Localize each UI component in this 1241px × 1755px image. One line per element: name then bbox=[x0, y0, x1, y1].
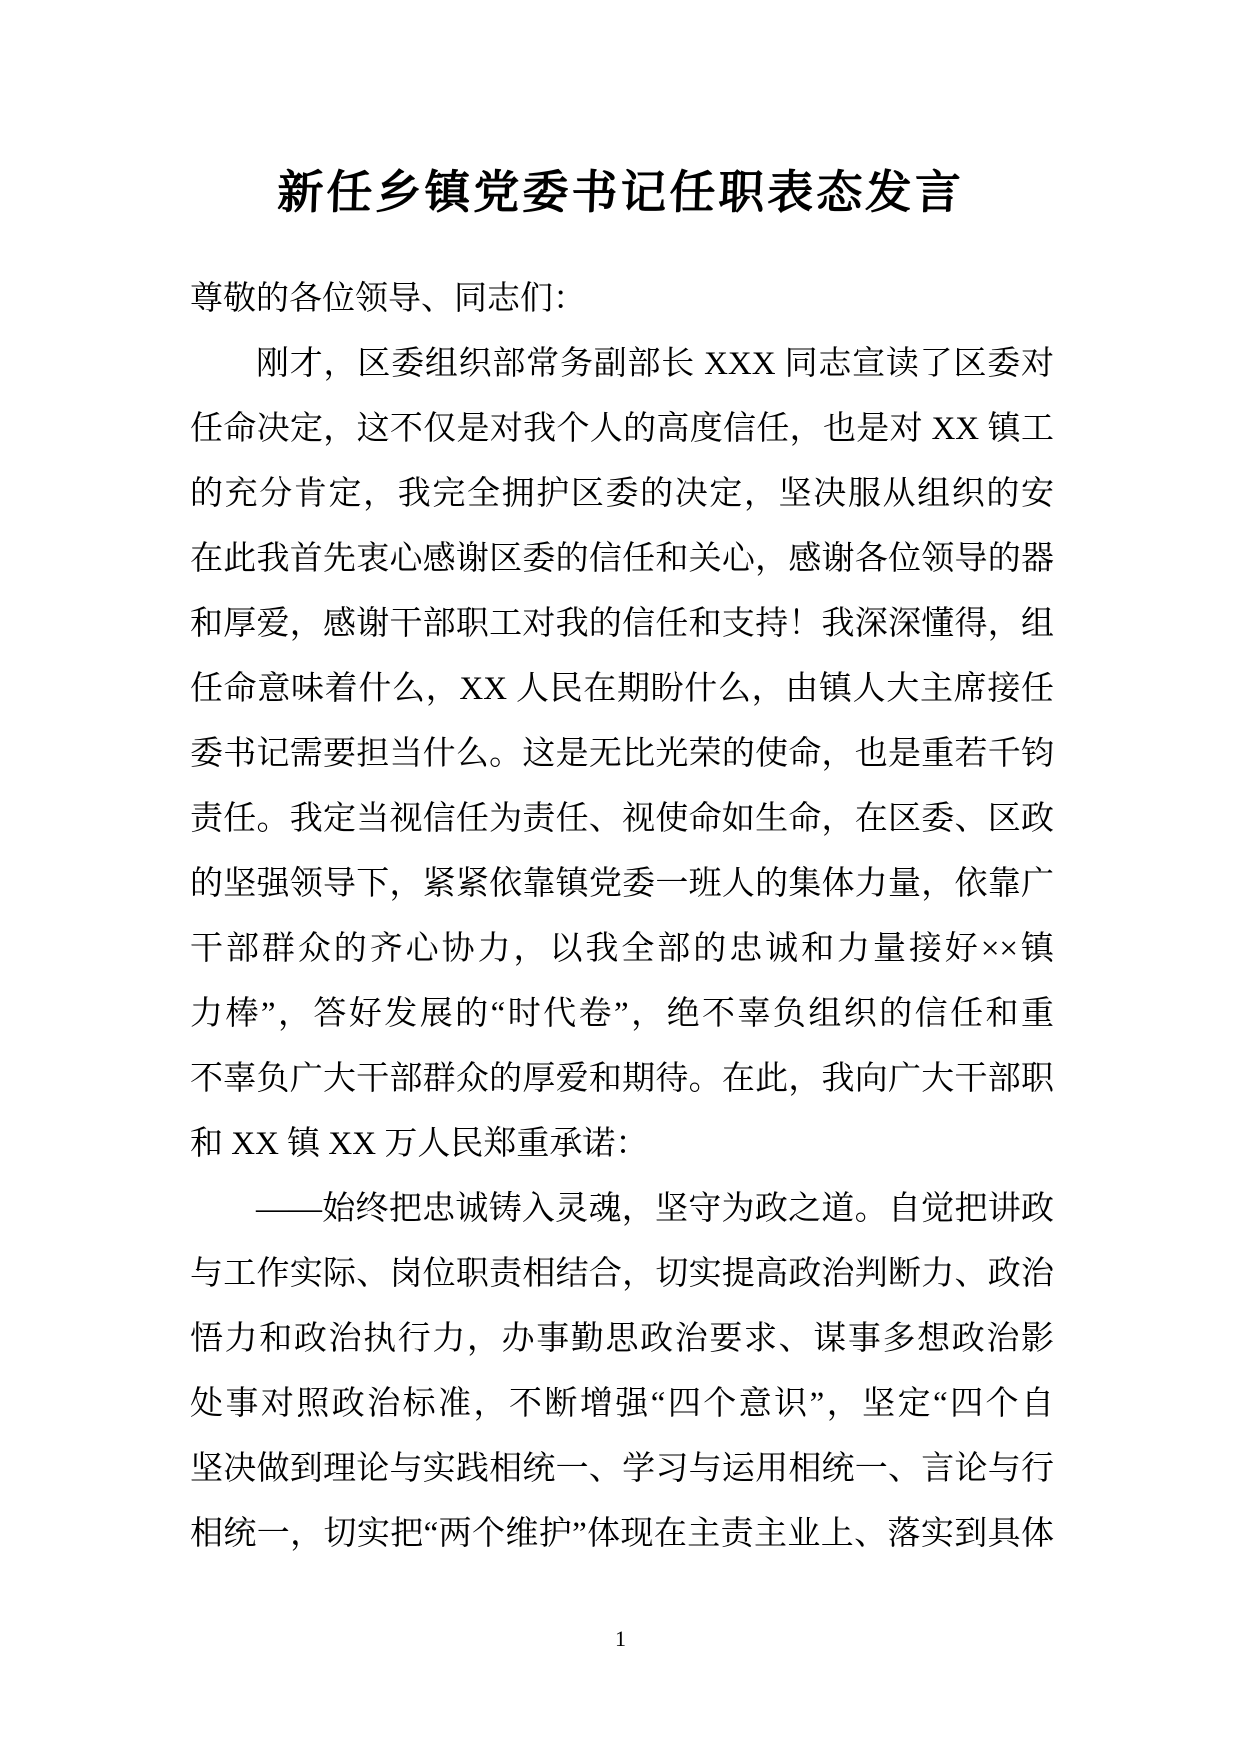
paragraph: ——始终把忠诚铸入灵魂，坚守为政之道。自觉把讲政治与工作实际、岗位职责相结合，切… bbox=[190, 1177, 1054, 1567]
document-title: 新任乡镇党委书记任职表态发言 bbox=[0, 156, 1241, 222]
text-line: 责任。我定当视信任为责任、视使命如生命，在区委、区政府 bbox=[190, 787, 1054, 852]
document-body: 尊敬的各位领导、同志们：刚才，区委组织部常务副部长 XXX 同志宣读了区委对我的… bbox=[190, 267, 1054, 1567]
paragraph: 尊敬的各位领导、同志们： bbox=[190, 267, 1054, 332]
text-line: 力棒”，答好发展的“时代卷”，绝不辜负组织的信任和重托，绝 bbox=[190, 982, 1054, 1047]
text-line: 在此我首先衷心感谢区委的信任和关心，感谢各位领导的器重 bbox=[190, 527, 1054, 592]
text-line: 悟力和政治执行力，办事勤思政治要求、谋事多想政治影响、 bbox=[190, 1307, 1054, 1372]
text-line: 干部群众的齐心协力，以我全部的忠诚和力量接好××镇的“接 bbox=[190, 917, 1054, 982]
text-line: 任命决定，这不仅是对我个人的高度信任，也是对 XX 镇工作 bbox=[190, 397, 1054, 462]
text-line: 和厚爱，感谢干部职工对我的信任和支持！我深深懂得，组织 bbox=[190, 592, 1054, 657]
text-line: ——始终把忠诚铸入灵魂，坚守为政之道。自觉把讲政治 bbox=[190, 1177, 1054, 1242]
text-line: 的坚强领导下，紧紧依靠镇党委一班人的集体力量，依靠广大 bbox=[190, 852, 1054, 917]
page-number: 1 bbox=[0, 1626, 1241, 1652]
text-line: 委书记需要担当什么。这是无比光荣的使命，也是重若千钧的 bbox=[190, 722, 1054, 787]
text-line: 的充分肯定，我完全拥护区委的决定，坚决服从组织的安排。 bbox=[190, 462, 1054, 527]
text-line: 相统一，切实把“两个维护”体现在主责主业上、落实到具体行 bbox=[190, 1502, 1054, 1567]
text-line: 不辜负广大干部群众的厚爱和期待。在此，我向广大干部职工 bbox=[190, 1047, 1054, 1112]
text-line: 和 XX 镇 XX 万人民郑重承诺： bbox=[190, 1112, 1054, 1177]
paragraph: 刚才，区委组织部常务副部长 XXX 同志宣读了区委对我的任命决定，这不仅是对我个… bbox=[190, 332, 1054, 1177]
text-line: 处事对照政治标准，不断增强“四个意识”，坚定“四个自信”， bbox=[190, 1372, 1054, 1437]
text-line: 任命意味着什么，XX 人民在期盼什么，由镇人大主席接任镇党 bbox=[190, 657, 1054, 722]
text-line: 刚才，区委组织部常务副部长 XXX 同志宣读了区委对我的 bbox=[190, 332, 1054, 397]
document-page: 新任乡镇党委书记任职表态发言 尊敬的各位领导、同志们：刚才，区委组织部常务副部长… bbox=[0, 0, 1241, 1755]
text-line: 坚决做到理论与实践相统一、学习与运用相统一、言论与行为 bbox=[190, 1437, 1054, 1502]
text-line: 与工作实际、岗位职责相结合，切实提高政治判断力、政治领 bbox=[190, 1242, 1054, 1307]
text-line: 尊敬的各位领导、同志们： bbox=[190, 267, 1054, 332]
